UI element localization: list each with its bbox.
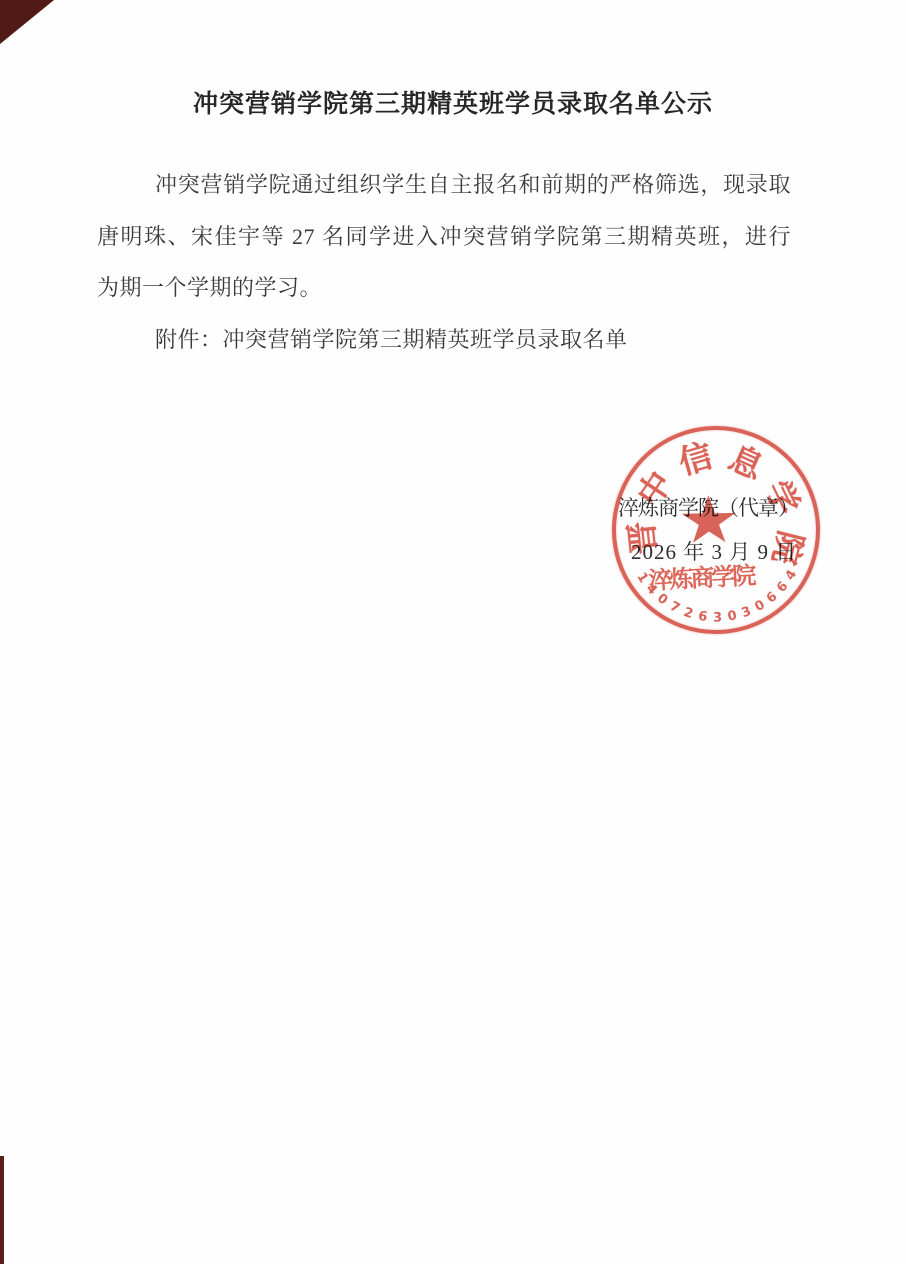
paragraph-line-3: 为期一个学期的学习。 (97, 273, 791, 303)
paragraph-line-1: 冲突营销学院通过组织学生自主报名和前期的严格筛选，现录取 (97, 170, 791, 200)
official-seal: 晋中信息学院 淬炼商学院 1407263030664 (610, 424, 822, 636)
scan-edge-artifact (0, 1156, 4, 1264)
seal-serial-digit: 3 (713, 610, 722, 625)
seal-arc-char: 晋 (615, 519, 665, 557)
attachment-line: 附件：冲突营销学院第三期精英班学员录取名单 (97, 325, 791, 355)
document-page: 冲突营销学院第三期精英班学员录取名单公示 冲突营销学院通过组织学生自主报名和前期… (0, 0, 906, 1264)
document-title: 冲突营销学院第三期精英班学员录取名单公示 (0, 84, 906, 120)
seal-inner-text: 淬炼商学院 (640, 555, 762, 596)
paragraph-line-2: 唐明珠、宋佳宇等 27 名同学进入冲突营销学院第三期精英班，进行 (97, 222, 791, 252)
scan-corner-artifact (0, 0, 54, 44)
